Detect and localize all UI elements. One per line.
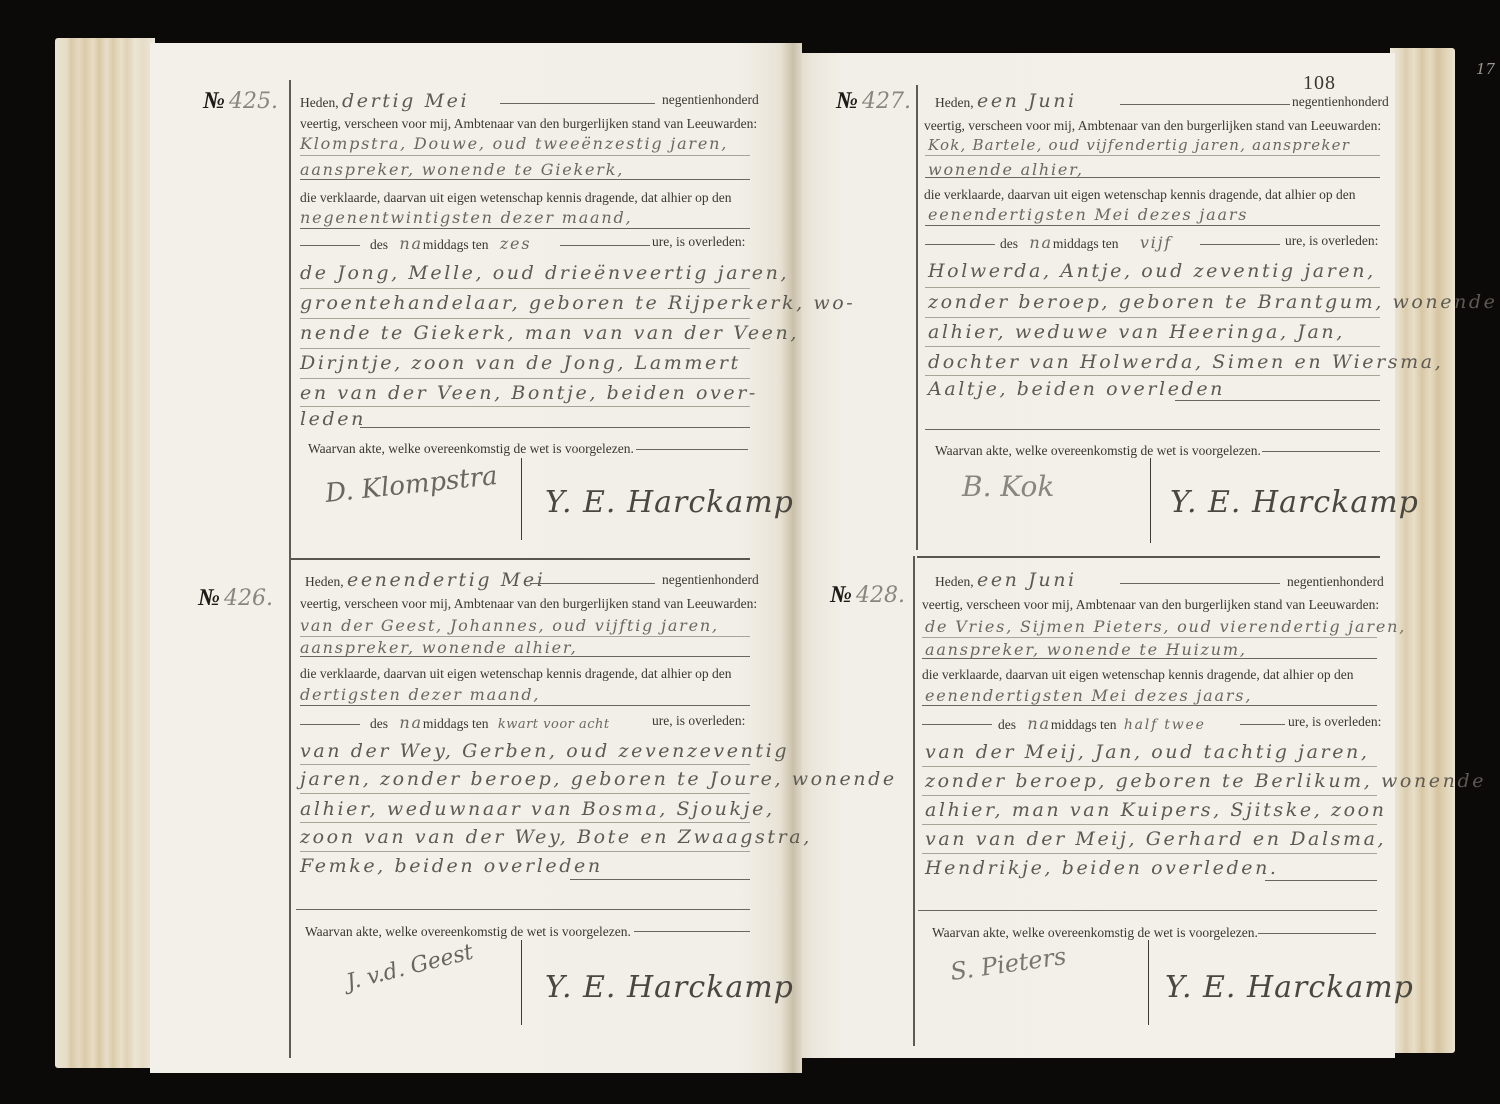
deceased-line-5: Aaltje, beiden overleden (928, 378, 1225, 400)
deceased-line-2: zonder beroep, geboren te Berlikum, wone… (925, 770, 1486, 792)
deceased-line-2: groentehandelaar, geboren te Rijperkerk,… (300, 292, 855, 314)
deceased-line-4: van van der Meij, Gerhard en Dalsma, (925, 828, 1386, 850)
record-number: №427. (836, 88, 911, 115)
declarant-line-1: Kok, Bartele, oud vijfendertig jaren, aa… (928, 136, 1350, 154)
right-page-stack-edge (1390, 48, 1455, 1053)
record-date: eenendertig Mei (347, 569, 545, 591)
death-date: eenendertigsten Mei dezes jaars, (925, 686, 1252, 705)
death-time: half twee (1124, 717, 1206, 733)
death-date: dertigsten dezer maand, (300, 685, 540, 704)
left-page-stack-edge (55, 38, 155, 1068)
death-time: kwart voor acht (498, 717, 610, 732)
deceased-line-1: van der Meij, Jan, oud tachtig jaren, (925, 741, 1370, 763)
deceased-line-3: alhier, weduwnaar van Bosma, Sjoukje, (300, 798, 775, 820)
number-symbol: № (203, 88, 225, 114)
deceased-line-4: dochter van Holwerda, Simen en Wiersma, (928, 351, 1443, 373)
death-date: eenendertigsten Mei dezes jaars (928, 205, 1248, 224)
death-time: vijf (1140, 233, 1172, 252)
deceased-line-4: zoon van van der Wey, Bote en Zwaagstra, (300, 826, 812, 848)
death-time: zes (500, 234, 532, 253)
record-date: een Juni (977, 90, 1077, 112)
book-gutter (782, 43, 802, 1073)
declarant-line-2: aanspreker, wonende alhier, (300, 638, 578, 657)
folio-pencil-number: 17 (1476, 60, 1495, 78)
deceased-line-5: Femke, beiden overleden (300, 855, 603, 877)
official-signature: Y. E. Harckamp (1165, 970, 1414, 1005)
declarant-line-2: aanspreker, wonende te Huizum, (925, 640, 1247, 659)
deceased-line-1: de Jong, Melle, oud drieënveertig jaren, (300, 262, 789, 284)
deceased-line-1: van der Wey, Gerben, oud zevenzeventig (300, 740, 789, 762)
record-date: dertig Mei (342, 90, 469, 112)
deceased-line-3: nende te Giekerk, man van van der Veen, (300, 322, 799, 344)
deceased-line-2: jaren, zonder beroep, geboren te Joure, … (300, 768, 897, 790)
declarant-line-2: aanspreker, wonende te Giekerk, (300, 160, 624, 179)
official-signature: Y. E. Harckamp (545, 970, 794, 1005)
deceased-line-1: Holwerda, Antje, oud zeventig jaren, (928, 260, 1376, 282)
record-margin-rule (913, 556, 915, 1046)
page-number-stamp: 108 (1303, 72, 1336, 95)
record-number: №428. (830, 582, 905, 609)
record-number: №426. (198, 585, 273, 612)
official-signature: Y. E. Harckamp (1170, 485, 1419, 520)
declarant-line-1: Klompstra, Douwe, oud tweeënzestig jaren… (300, 134, 728, 153)
record-number: №425. (203, 88, 278, 115)
declarant-line-1: van der Geest, Johannes, oud vijftig jar… (300, 616, 719, 635)
deceased-line-5: Hendrikje, beiden overleden. (925, 857, 1279, 879)
declarant-line-1: de Vries, Sijmen Pieters, oud vierendert… (925, 617, 1406, 636)
deceased-line-3: alhier, weduwe van Heeringa, Jan, (928, 321, 1345, 343)
record-margin-rule (289, 558, 291, 1058)
deceased-line-2: zonder beroep, geboren te Brantgum, wone… (928, 291, 1498, 313)
record-margin-rule (289, 80, 291, 558)
official-signature: Y. E. Harckamp (545, 485, 794, 520)
deceased-line-4: Dirjntje, zoon van de Jong, Lammert (300, 352, 741, 374)
record-margin-rule (916, 85, 918, 550)
record-date: een Juni (977, 569, 1077, 591)
deceased-line-6: leden (300, 408, 366, 430)
deceased-line-3: alhier, man van Kuipers, Sjitske, zoon (925, 799, 1387, 821)
death-date: negenentwintigsten dezer maand, (300, 208, 632, 227)
deceased-line-5: en van der Veen, Bontje, beiden over- (300, 382, 758, 404)
declarant-signature: B. Kok (962, 470, 1054, 503)
